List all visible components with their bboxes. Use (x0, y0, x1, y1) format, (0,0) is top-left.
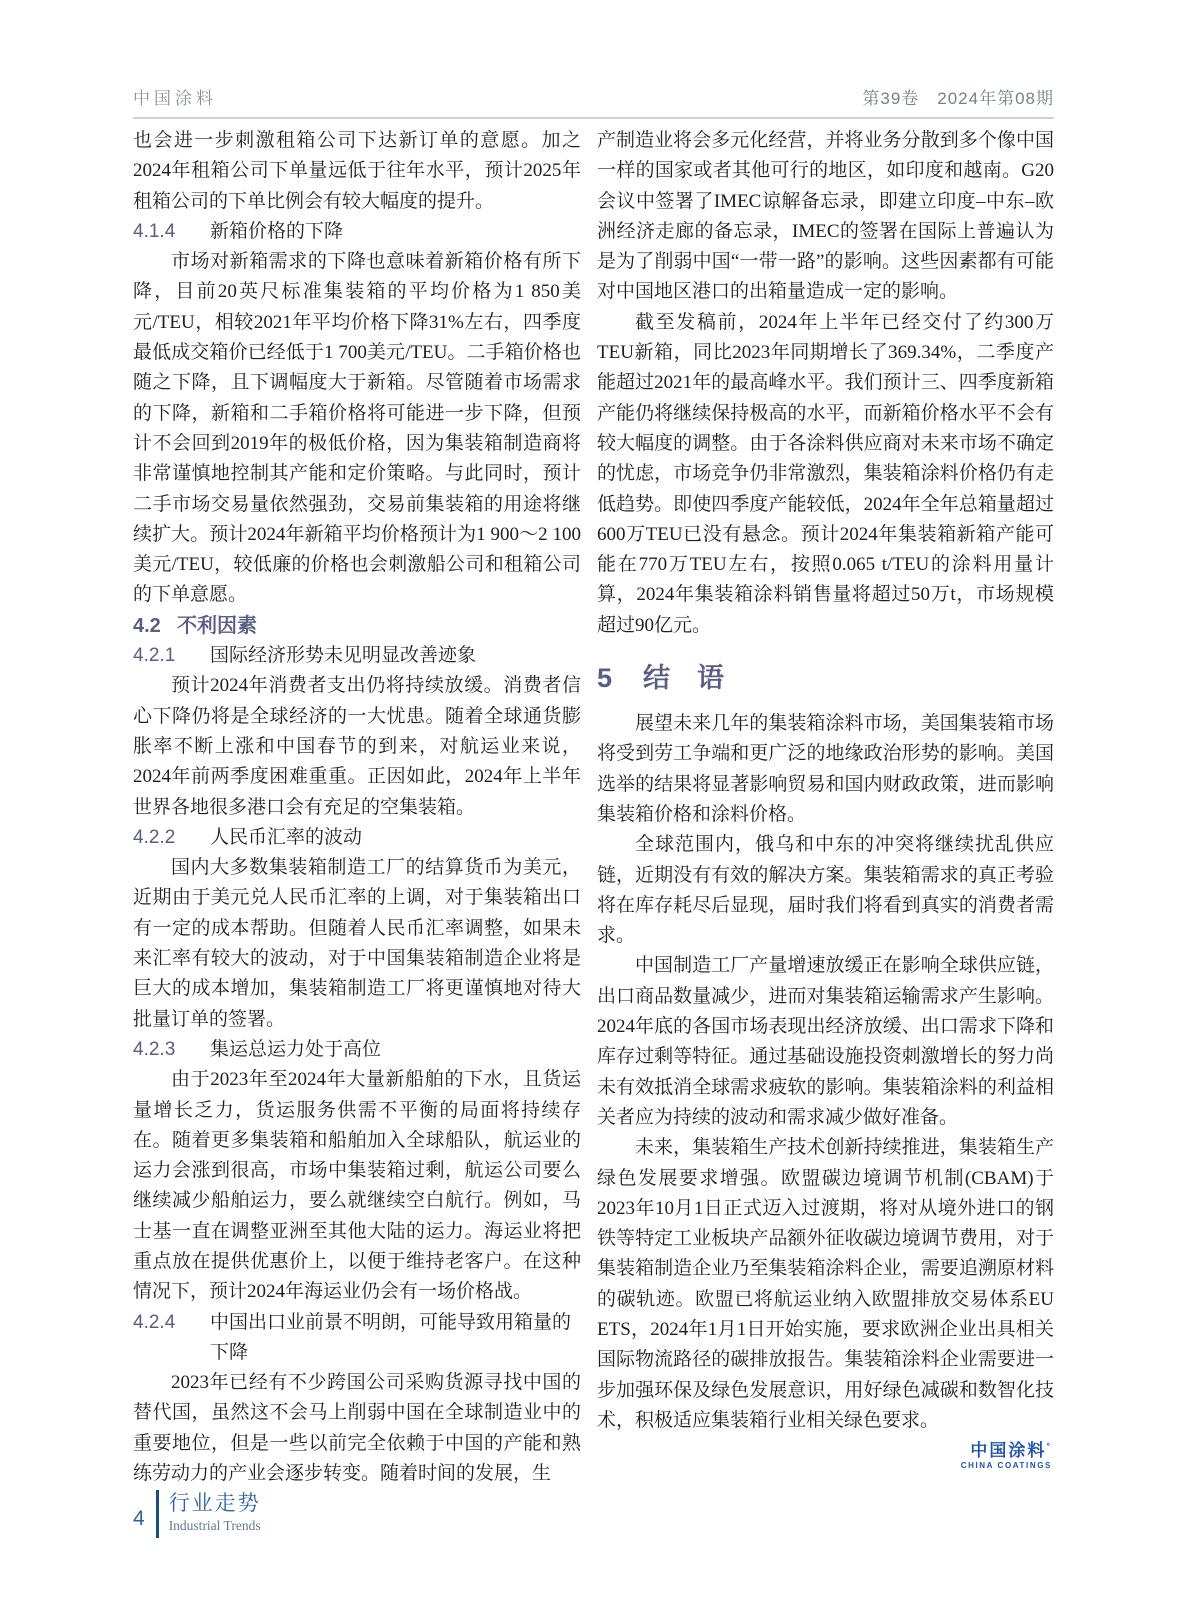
subsection-heading: 4.1.4新箱价格的下降 (133, 217, 581, 247)
body-paragraph: 全球范围内，俄乌和中东的冲突将继续扰乱供应链，近期没有有效的解决方案。集装箱需求… (597, 830, 1054, 951)
footer-section-en: Industrial Trends (169, 1517, 261, 1535)
china-coatings-logo: 中国涂料°CHINA COATINGS (597, 1442, 1054, 1470)
body-paragraph: 市场对新箱需求的下降也意味着新箱价格有所下降，目前20英尺标准集装箱的平均价格为… (133, 247, 581, 611)
heading-number: 4.2.4 (133, 1308, 210, 1338)
heading-title: 中国出口业前景不明朗，可能导致用箱量的下降 (210, 1312, 571, 1363)
heading-title: 新箱价格的下降 (210, 221, 343, 242)
body-paragraph: 未来，集装箱生产技术创新持续推进，集装箱生产绿色发展要求增强。欧盟碳边境调节机制… (597, 1133, 1054, 1436)
heading-number: 4.2.3 (133, 1035, 210, 1065)
page-number: 4 (133, 1507, 145, 1538)
body-paragraph: 中国制造工厂产量增速放缓正在影响全球供应链，出口商品数量减少，进而对集装箱运输需… (597, 951, 1054, 1133)
conclusion-heading: 5结 语 (597, 661, 1054, 695)
body-paragraph: 2023年已经有不少跨国公司采购货源寻找中国的替代国，虽然这不会马上削弱中国在全… (133, 1368, 581, 1489)
article-body: 也会进一步刺激租箱公司下达新订单的意愿。加之2024年租箱公司下单量远低于往年水… (133, 126, 1054, 1489)
heading-title: 国际经济形势未见明显改善迹象 (210, 645, 476, 666)
body-paragraph: 截至发稿前，2024年上半年已经交付了约300万TEU新箱，同比2023年同期增… (597, 308, 1054, 641)
heading-title: 人民币汇率的波动 (210, 827, 362, 848)
journal-page: 中国涂料 第39卷 2024年第08期 也会进一步刺激租箱公司下达新订单的意愿。… (0, 0, 1187, 1600)
heading-number: 4.2.2 (133, 823, 210, 853)
heading-number: 5 (597, 661, 643, 695)
heading-number: 4.2 (133, 611, 177, 641)
right-column: 产制造业将会多元化经营，并将业务分散到多个像中国一样的国家或者其他可行的地区，如… (597, 126, 1054, 1489)
subsection-heading: 4.2.3集运总运力处于高位 (133, 1035, 581, 1065)
body-paragraph: 也会进一步刺激租箱公司下达新订单的意愿。加之2024年租箱公司下单量远低于往年水… (133, 126, 581, 217)
footer-divider-bar (156, 1490, 159, 1538)
body-paragraph: 由于2023年至2024年大量新船舶的下水，且货运量增长乏力，货运服务供需不平衡… (133, 1065, 581, 1307)
footer-section-label: 行业走势 Industrial Trends (169, 1490, 261, 1538)
body-paragraph: 展望未来几年的集装箱涂料市场，美国集装箱市场将受到劳工争端和更广泛的地缘政治形势… (597, 709, 1054, 830)
body-paragraph: 预计2024年消费者支出仍将持续放缓。消费者信心下降仍将是全球经济的一大忧患。随… (133, 671, 581, 822)
body-paragraph: 国内大多数集装箱制造工厂的结算货币为美元，近期由于美元兑人民币汇率的上调，对于集… (133, 853, 581, 1035)
heading-title: 不利因素 (177, 615, 257, 637)
running-head: 中国涂料 第39卷 2024年第08期 (133, 84, 1054, 119)
heading-number: 4.2.1 (133, 641, 210, 671)
left-column: 也会进一步刺激租箱公司下达新订单的意愿。加之2024年租箱公司下单量远低于往年水… (133, 126, 581, 1489)
footer-section-tab: 4 行业走势 Industrial Trends (133, 1490, 261, 1538)
body-paragraph: 产制造业将会多元化经营，并将业务分散到多个像中国一样的国家或者其他可行的地区，如… (597, 126, 1054, 308)
issue-info: 第39卷 2024年第08期 (862, 84, 1054, 109)
heading-number: 4.1.4 (133, 217, 210, 247)
heading-title: 集运总运力处于高位 (210, 1039, 381, 1060)
subsection-heading: 4.2.2人民币汇率的波动 (133, 823, 581, 853)
section-heading: 4.2不利因素 (133, 611, 581, 641)
subsection-heading: 4.2.1国际经济形势未见明显改善迹象 (133, 641, 581, 671)
heading-title: 结 语 (643, 663, 724, 693)
logo-name-cn: 中国涂料° (597, 1442, 1052, 1459)
journal-name: 中国涂料 (133, 84, 217, 109)
footer-section-cn: 行业走势 (169, 1490, 261, 1517)
logo-name-en: CHINA COATINGS (597, 1462, 1052, 1470)
subsection-heading: 4.2.4中国出口业前景不明朗，可能导致用箱量的下降 (133, 1308, 581, 1369)
logo-trademark-icon: ° (1046, 1441, 1052, 1451)
